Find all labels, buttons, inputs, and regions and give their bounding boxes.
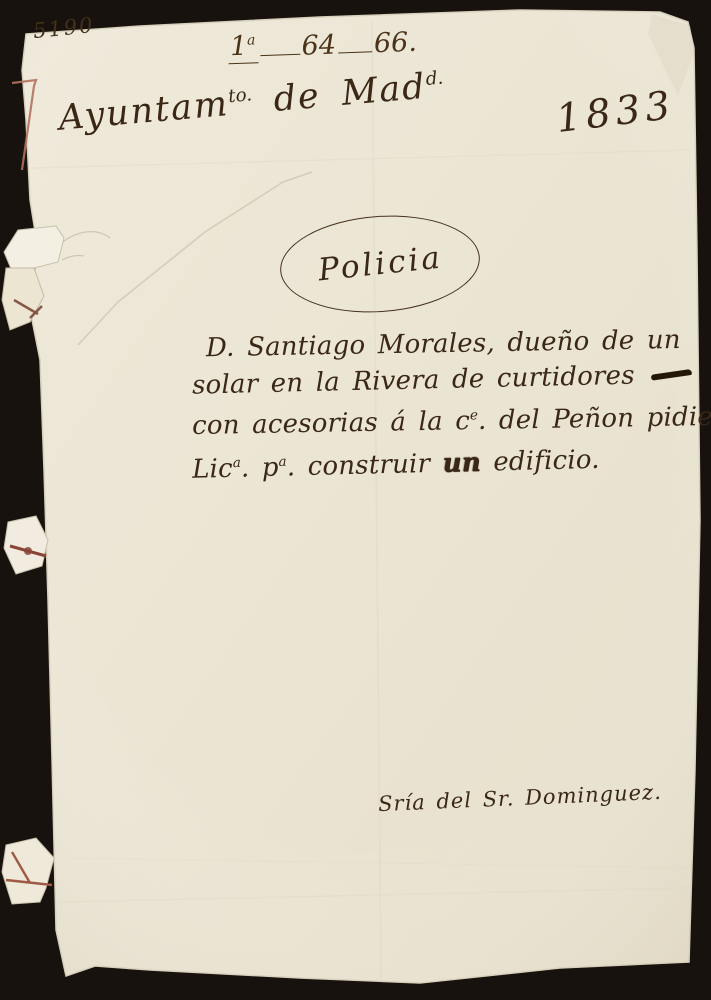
secretaria-note: Sría del Sr. Dominguez. [378,780,663,816]
subject-line-4-blotted-word: un [442,447,481,478]
stamp-label: Policia [316,240,444,289]
organization-sup1: to. [227,84,252,107]
subject-line-4-part3: . construir [286,448,443,482]
organization-title: Ayuntamto. de Madd. [57,65,446,139]
reference-connector-1 [260,54,300,56]
folio-number: 5190 [32,13,96,43]
reference-first: 1a [227,30,258,64]
reference-connector-2 [338,51,372,53]
ink-dash-stroke [651,369,693,381]
policia-oval-stamp: Policia [277,209,483,319]
organization-part1: Ayuntam [57,84,231,139]
reference-third: 66. [373,27,417,59]
subject-line-3-sup1: e [470,407,478,423]
organization-part2: de Mad [272,67,428,120]
reference-first-sup: a [247,32,256,48]
reference-second: 64 [301,30,336,62]
handwriting-layer: 5190 1a 64 66. Ayuntamto. de Madd. 1833 … [0,0,711,1000]
subject-line-3-part1: con acesorias á la c [192,406,470,441]
subject-line-4-part1: Lic [192,453,233,484]
year: 1833 [554,83,678,142]
reference-first-num: 1 [229,31,247,63]
archival-scan: 5190 1a 64 66. Ayuntamto. de Madd. 1833 … [0,0,711,1000]
subject-line-4-part4: edificio. [480,444,600,477]
organization-sup2: d. [425,68,444,90]
subject-text: D. Santiago Morales, dueño de un solar e… [192,326,692,481]
subject-line-3-part2: . del Peñon pidiendo [478,401,711,436]
reference-numbers: 1a 64 66. [227,25,417,65]
subject-line-4-part2: . p [241,452,280,483]
